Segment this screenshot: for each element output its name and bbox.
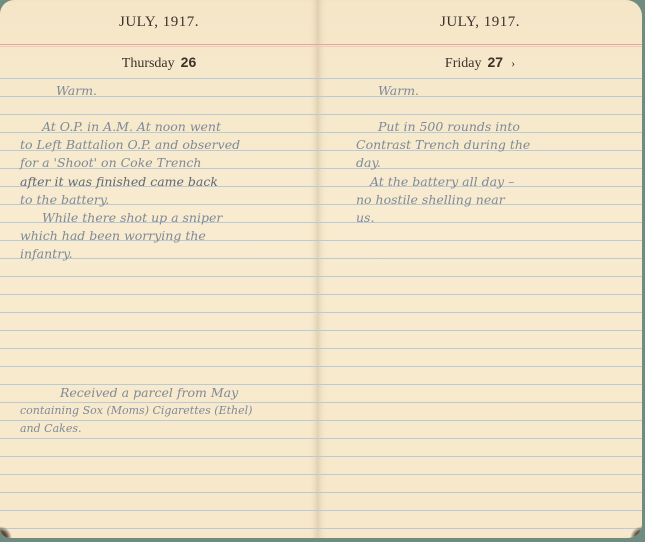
entry-body: At O.P. in A.M. At noon went to Left Bat…	[20, 118, 310, 264]
header-red-rule	[318, 44, 642, 45]
entry-line: us.	[356, 209, 641, 227]
entry-line: At O.P. in A.M. At noon went	[20, 118, 310, 136]
entry-line: containing Sox (Moms) Cigarettes (Ethel)	[20, 402, 310, 420]
diary-page-left: JULY, 1917. Thursday26 Warm. At O.P. in …	[0, 0, 318, 538]
entry-line: infantry.	[20, 245, 310, 263]
moon-phase-icon: ›	[511, 56, 515, 70]
day-number: 27	[487, 54, 503, 70]
entry-line: to Left Battalion O.P. and observed	[20, 136, 310, 154]
entry-line: to the battery.	[20, 191, 310, 209]
entry-line: after it was finished came back	[20, 173, 310, 191]
month-header: JULY, 1917.	[318, 14, 642, 31]
weather-note: Warm.	[378, 82, 642, 100]
entry-line: Contrast Trench during the	[356, 136, 641, 154]
entry-line: for a 'Shoot' on Coke Trench	[20, 154, 310, 172]
weekday-label: Thursday	[122, 56, 175, 71]
day-header: Thursday26	[0, 54, 318, 72]
weather-note: Warm.	[56, 82, 318, 100]
diary-spread: JULY, 1917. Thursday26 Warm. At O.P. in …	[0, 0, 645, 542]
entry-line: At the battery all day –	[356, 173, 641, 191]
entry-line: Received a parcel from May	[20, 384, 310, 402]
entry-body: Put in 500 rounds into Contrast Trench d…	[356, 118, 641, 227]
weekday-label: Friday	[445, 56, 482, 71]
page-corner-shadow	[630, 526, 642, 538]
header-red-rule-secondary	[318, 46, 642, 47]
page-corner-shadow	[0, 526, 12, 538]
entry-line: Put in 500 rounds into	[356, 118, 641, 136]
day-header: Friday27›	[318, 54, 642, 72]
entry-line: day.	[356, 154, 641, 172]
parcel-note: Received a parcel from May containing So…	[20, 384, 310, 439]
header-red-rule-secondary	[0, 46, 318, 47]
entry-line: which had been worrying the	[20, 227, 310, 245]
entry-line: and Cakes.	[20, 420, 310, 438]
day-number: 26	[181, 54, 197, 70]
entry-line: no hostile shelling near	[356, 191, 641, 209]
month-header: JULY, 1917.	[0, 14, 318, 31]
header-red-rule	[0, 44, 318, 45]
diary-page-right: JULY, 1917. Friday27› Warm. Put in 500 r…	[318, 0, 642, 538]
entry-line: While there shot up a sniper	[20, 209, 310, 227]
